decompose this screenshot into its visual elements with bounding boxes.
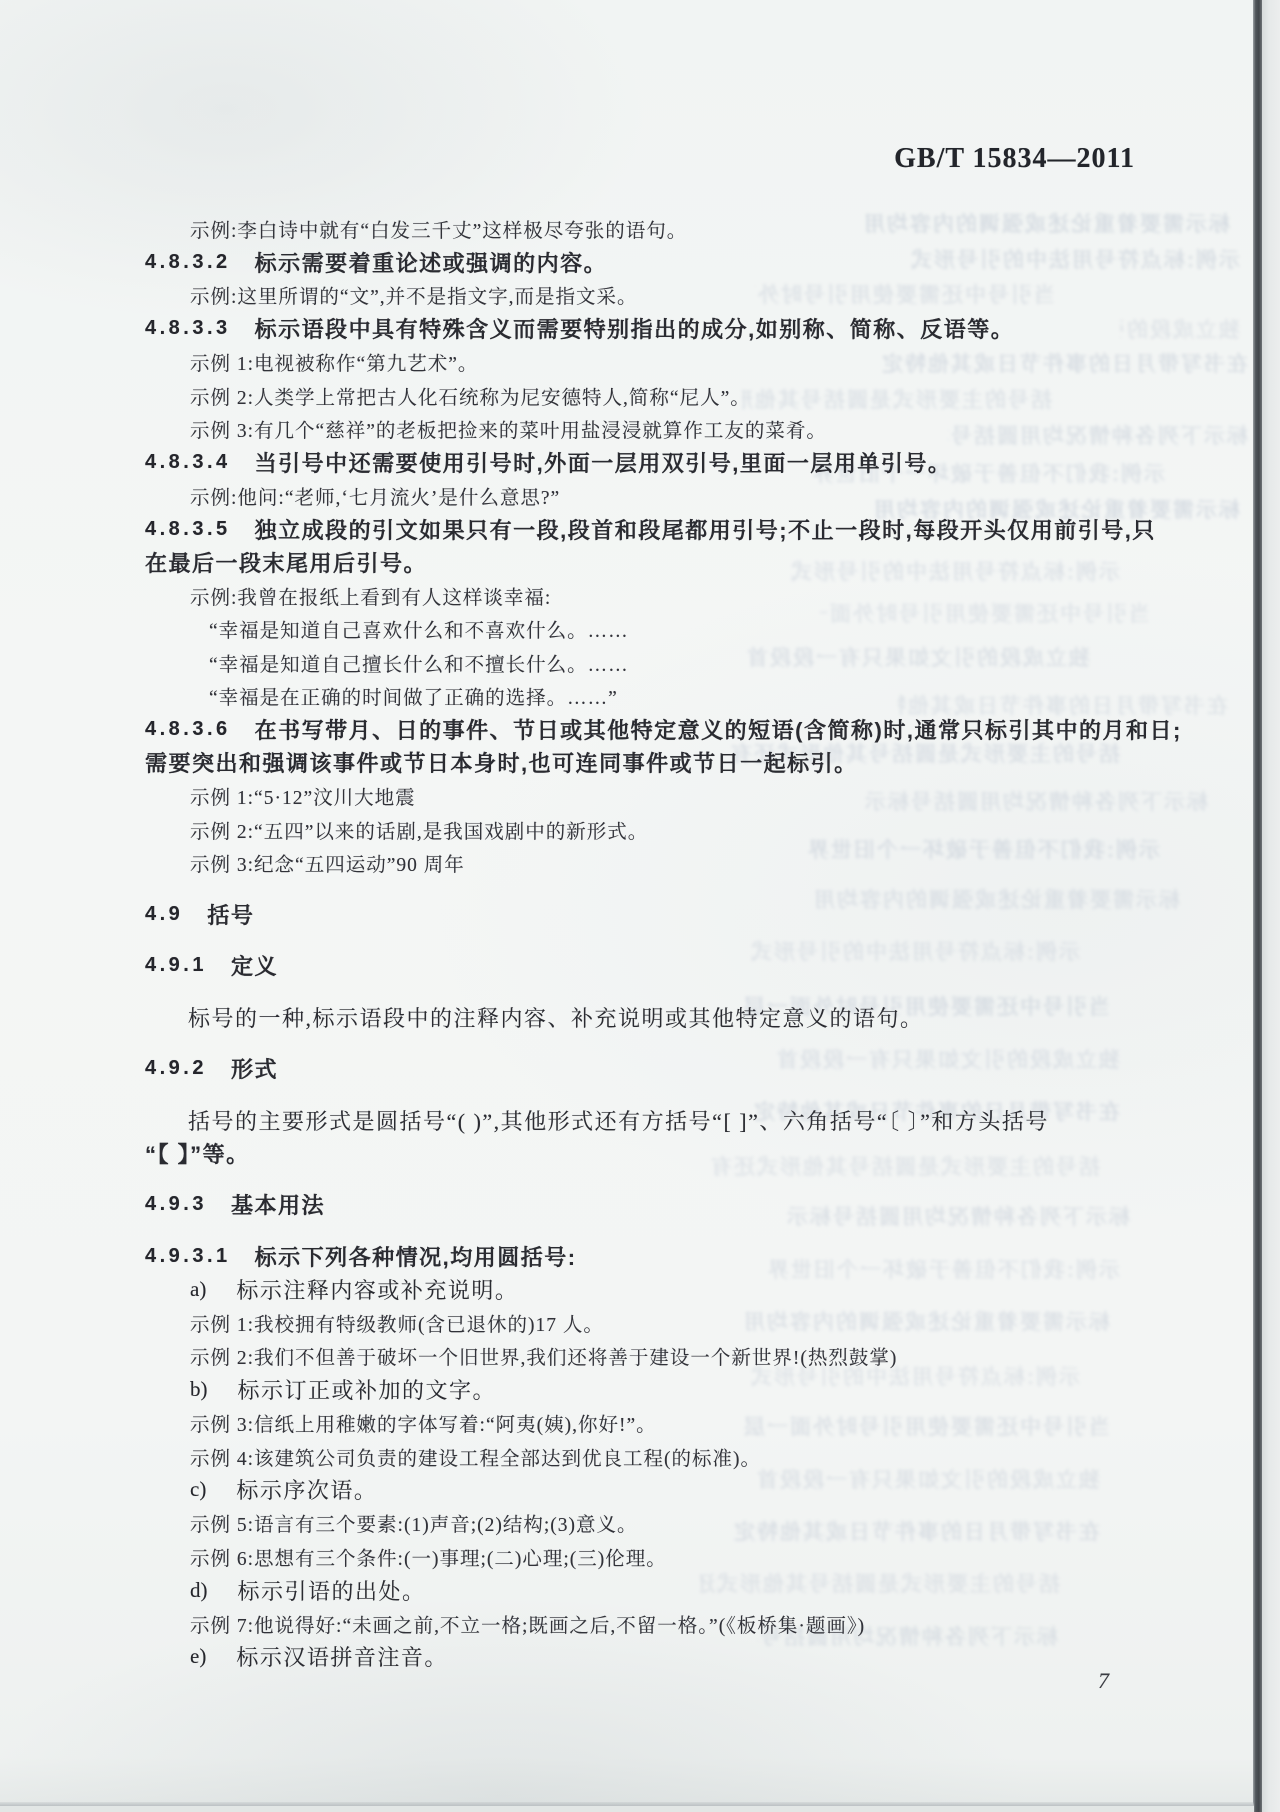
- text-line: 示例 6:思想有三个条件:(一)事理;(二)心理;(三)伦理。: [145, 1540, 1200, 1573]
- text-line: e)标示汉语拼音注音。: [145, 1640, 1200, 1673]
- clause-number: 4.9.1: [145, 954, 207, 977]
- clause-number: 4.8.3.5: [145, 518, 231, 541]
- text-line: 示例 2:人类学上常把古人化石统称为尼安德特人,简称“尼人”。: [145, 379, 1200, 412]
- line-text: 示例:这里所谓的“文”,并不是指文字,而是指文采。: [190, 281, 637, 309]
- line-text: 括号: [207, 899, 254, 930]
- text-line: 4.9.3.1标示下列各种情况,均用圆括号:: [145, 1240, 1200, 1273]
- text-line: 示例:这里所谓的“文”,并不是指文字,而是指文采。: [145, 279, 1200, 312]
- text-line: b)标示订正或补加的文字。: [145, 1373, 1200, 1406]
- text-line: 示例 3:有几个“慈祥”的老板把捡来的菜叶用盐浸浸就算作工友的菜肴。: [145, 412, 1200, 445]
- line-text: 示例:我曾在报纸上看到有人这样谈幸福:: [190, 582, 551, 610]
- text-line: 示例 3:信纸上用稚嫩的字体写着:“阿夷(姨),你好!”。: [145, 1407, 1200, 1440]
- text-line: 示例 3:纪念“五四运动”90 周年: [145, 846, 1200, 879]
- page-number: 7: [1098, 1668, 1109, 1694]
- line-text: 在书写带月、日的事件、节日或其他特定意义的短语(含简称)时,通常只标引其中的月和…: [255, 714, 1182, 745]
- line-text: 独立成段的引文如果只有一段,段首和段尾都用引号;不止一段时,每段开头仅用前引号,…: [255, 514, 1156, 545]
- text-line: 4.8.3.4当引号中还需要使用引号时,外面一层用双引号,里面一层用单引号。: [145, 446, 1200, 479]
- text-line: 示例 2:“五四”以来的话剧,是我国戏剧中的新形式。: [145, 813, 1200, 846]
- text-line: 示例 5:语言有三个要素:(1)声音;(2)结构;(3)意义。: [145, 1507, 1200, 1540]
- line-text: 示例 5:语言有三个要素:(1)声音;(2)结构;(3)意义。: [190, 1509, 638, 1537]
- text-line: 示例:我曾在报纸上看到有人这样谈幸福:: [145, 579, 1200, 612]
- clause-number: e): [190, 1644, 206, 1669]
- line-text: 标示序次语。: [236, 1474, 377, 1505]
- line-text: 示例 2:人类学上常把古人化石统称为尼安德特人,简称“尼人”。: [190, 382, 751, 410]
- text-line: “幸福是知道自己擅长什么和不擅长什么。……: [145, 646, 1200, 679]
- line-text: “幸福是知道自己喜欢什么和不喜欢什么。……: [209, 615, 629, 643]
- text-line: 4.8.3.5独立成段的引文如果只有一段,段首和段尾都用引号;不止一段时,每段开…: [145, 513, 1200, 546]
- line-text: 示例 1:“5·12”汶川大地震: [190, 782, 416, 810]
- line-text: 示例:他问:“老师,‘七月流火’是什么意思?”: [190, 482, 560, 510]
- line-text: 括号的主要形式是圆括号“( )”,其他形式还有方括号“[ ]”、六角括号“〔 〕…: [188, 1105, 1049, 1136]
- line-text: 示例 6:思想有三个条件:(一)事理;(二)心理;(三)伦理。: [190, 1543, 667, 1571]
- text-line: 括号的主要形式是圆括号“( )”,其他形式还有方括号“[ ]”、六角括号“〔 〕…: [145, 1103, 1200, 1136]
- line-text: 示例 4:该建筑公司负责的建设工程全部达到优良工程(的标准)。: [190, 1443, 761, 1471]
- text-line: 4.9.1定义: [145, 949, 1200, 982]
- text-line: 在最后一段末尾用后引号。: [145, 546, 1200, 579]
- text-line: 示例 4:该建筑公司负责的建设工程全部达到优良工程(的标准)。: [145, 1440, 1200, 1473]
- line-text: 标示下列各种情况,均用圆括号:: [255, 1241, 577, 1272]
- line-text: 基本用法: [231, 1189, 325, 1220]
- clause-number: 4.9.3.1: [145, 1245, 231, 1268]
- text-line: 4.8.3.2标示需要着重论述或强调的内容。: [145, 245, 1200, 278]
- text-line: 4.8.3.3标示语段中具有特殊含义而需要特别指出的成分,如别称、简称、反语等。: [145, 312, 1200, 345]
- document-body: 示例:李白诗中就有“白发三千丈”这样极尽夸张的语句。4.8.3.2标示需要着重论…: [145, 212, 1200, 1674]
- clause-number: 4.8.3.3: [145, 317, 231, 340]
- clause-number: 4.8.3.2: [145, 251, 231, 274]
- text-line: 示例 1:“5·12”汶川大地震: [145, 780, 1200, 813]
- line-text: 示例 3:纪念“五四运动”90 周年: [190, 849, 465, 877]
- text-line: 标号的一种,标示语段中的注释内容、补充说明或其他特定意义的语句。: [145, 1001, 1200, 1034]
- text-line: 示例 2:我们不但善于破坏一个旧世界,我们还将善于建设一个新世界!(热烈鼓掌): [145, 1340, 1200, 1373]
- text-line: “幸福是知道自己喜欢什么和不喜欢什么。……: [145, 613, 1200, 646]
- clause-number: b): [190, 1377, 208, 1402]
- clause-number: 4.8.3.6: [145, 718, 231, 741]
- page-content: GB/T 15834—2011 示例:李白诗中就有“白发三千丈”这样极尽夸张的语…: [0, 0, 1280, 1812]
- clause-number: 4.9.2: [145, 1057, 207, 1080]
- text-line: 4.9.3基本用法: [145, 1188, 1200, 1221]
- line-text: 示例:李白诗中就有“白发三千丈”这样极尽夸张的语句。: [190, 215, 687, 243]
- clause-number: d): [190, 1578, 208, 1603]
- line-text: “幸福是在正确的时间做了正确的选择。……”: [209, 682, 618, 710]
- line-text: 标示需要着重论述或强调的内容。: [255, 247, 608, 278]
- line-text: 标示语段中具有特殊含义而需要特别指出的成分,如别称、简称、反语等。: [255, 313, 1015, 344]
- text-line: 示例:李白诗中就有“白发三千丈”这样极尽夸张的语句。: [145, 212, 1200, 245]
- text-line: d)标示引语的出处。: [145, 1573, 1200, 1606]
- line-text: 当引号中还需要使用引号时,外面一层用双引号,里面一层用单引号。: [255, 447, 952, 478]
- line-text: 标号的一种,标示语段中的注释内容、补充说明或其他特定意义的语句。: [188, 1002, 924, 1033]
- line-text: 标示引语的出处。: [238, 1575, 426, 1606]
- line-text: “【 】”等。: [145, 1138, 250, 1169]
- line-text: 在最后一段末尾用后引号。: [145, 547, 427, 578]
- text-line: a)标示注释内容或补充说明。: [145, 1273, 1200, 1306]
- line-text: 标示注释内容或补充说明。: [236, 1274, 518, 1305]
- line-text: 定义: [231, 950, 278, 981]
- clause-number: 4.9.3: [145, 1193, 207, 1216]
- text-line: 示例 1:电视被称作“第九艺术”。: [145, 346, 1200, 379]
- text-line: “幸福是在正确的时间做了正确的选择。……”: [145, 679, 1200, 712]
- line-text: 示例 2:我们不但善于破坏一个旧世界,我们还将善于建设一个新世界!(热烈鼓掌): [190, 1342, 897, 1370]
- line-text: “幸福是知道自己擅长什么和不擅长什么。……: [209, 649, 629, 677]
- clause-number: c): [190, 1477, 206, 1502]
- clause-number: 4.9: [145, 903, 183, 926]
- text-line: 4.9括号: [145, 898, 1200, 931]
- text-line: 4.8.3.6在书写带月、日的事件、节日或其他特定意义的短语(含简称)时,通常只…: [145, 713, 1200, 746]
- text-line: “【 】”等。: [145, 1137, 1200, 1170]
- line-text: 示例 3:有几个“慈祥”的老板把捡来的菜叶用盐浸浸就算作工友的菜肴。: [190, 415, 827, 443]
- line-text: 标示汉语拼音注音。: [236, 1641, 448, 1672]
- line-text: 标示订正或补加的文字。: [238, 1374, 497, 1405]
- text-line: c)标示序次语。: [145, 1473, 1200, 1506]
- clause-number: 4.8.3.4: [145, 451, 231, 474]
- standard-code: GB/T 15834—2011: [894, 143, 1135, 175]
- line-text: 示例 1:电视被称作“第九艺术”。: [190, 348, 478, 376]
- line-text: 示例 1:我校拥有特级教师(含已退休的)17 人。: [190, 1309, 604, 1337]
- line-text: 示例 7:他说得好:“未画之前,不立一格;既画之后,不留一格。”(《板桥集·题画…: [190, 1610, 865, 1638]
- text-line: 示例 1:我校拥有特级教师(含已退休的)17 人。: [145, 1306, 1200, 1339]
- line-text: 形式: [231, 1053, 278, 1084]
- text-line: 示例 7:他说得好:“未画之前,不立一格;既画之后,不留一格。”(《板桥集·题画…: [145, 1607, 1200, 1640]
- line-text: 示例 3:信纸上用稚嫩的字体写着:“阿夷(姨),你好!”。: [190, 1409, 657, 1437]
- line-text: 示例 2:“五四”以来的话剧,是我国戏剧中的新形式。: [190, 816, 648, 844]
- line-text: 需要突出和强调该事件或节日本身时,也可连同事件或节日一起标引。: [145, 747, 858, 778]
- text-line: 4.9.2形式: [145, 1052, 1200, 1085]
- clause-number: a): [190, 1277, 206, 1302]
- text-line: 需要突出和强调该事件或节日本身时,也可连同事件或节日一起标引。: [145, 746, 1200, 779]
- text-line: 示例:他问:“老师,‘七月流火’是什么意思?”: [145, 479, 1200, 512]
